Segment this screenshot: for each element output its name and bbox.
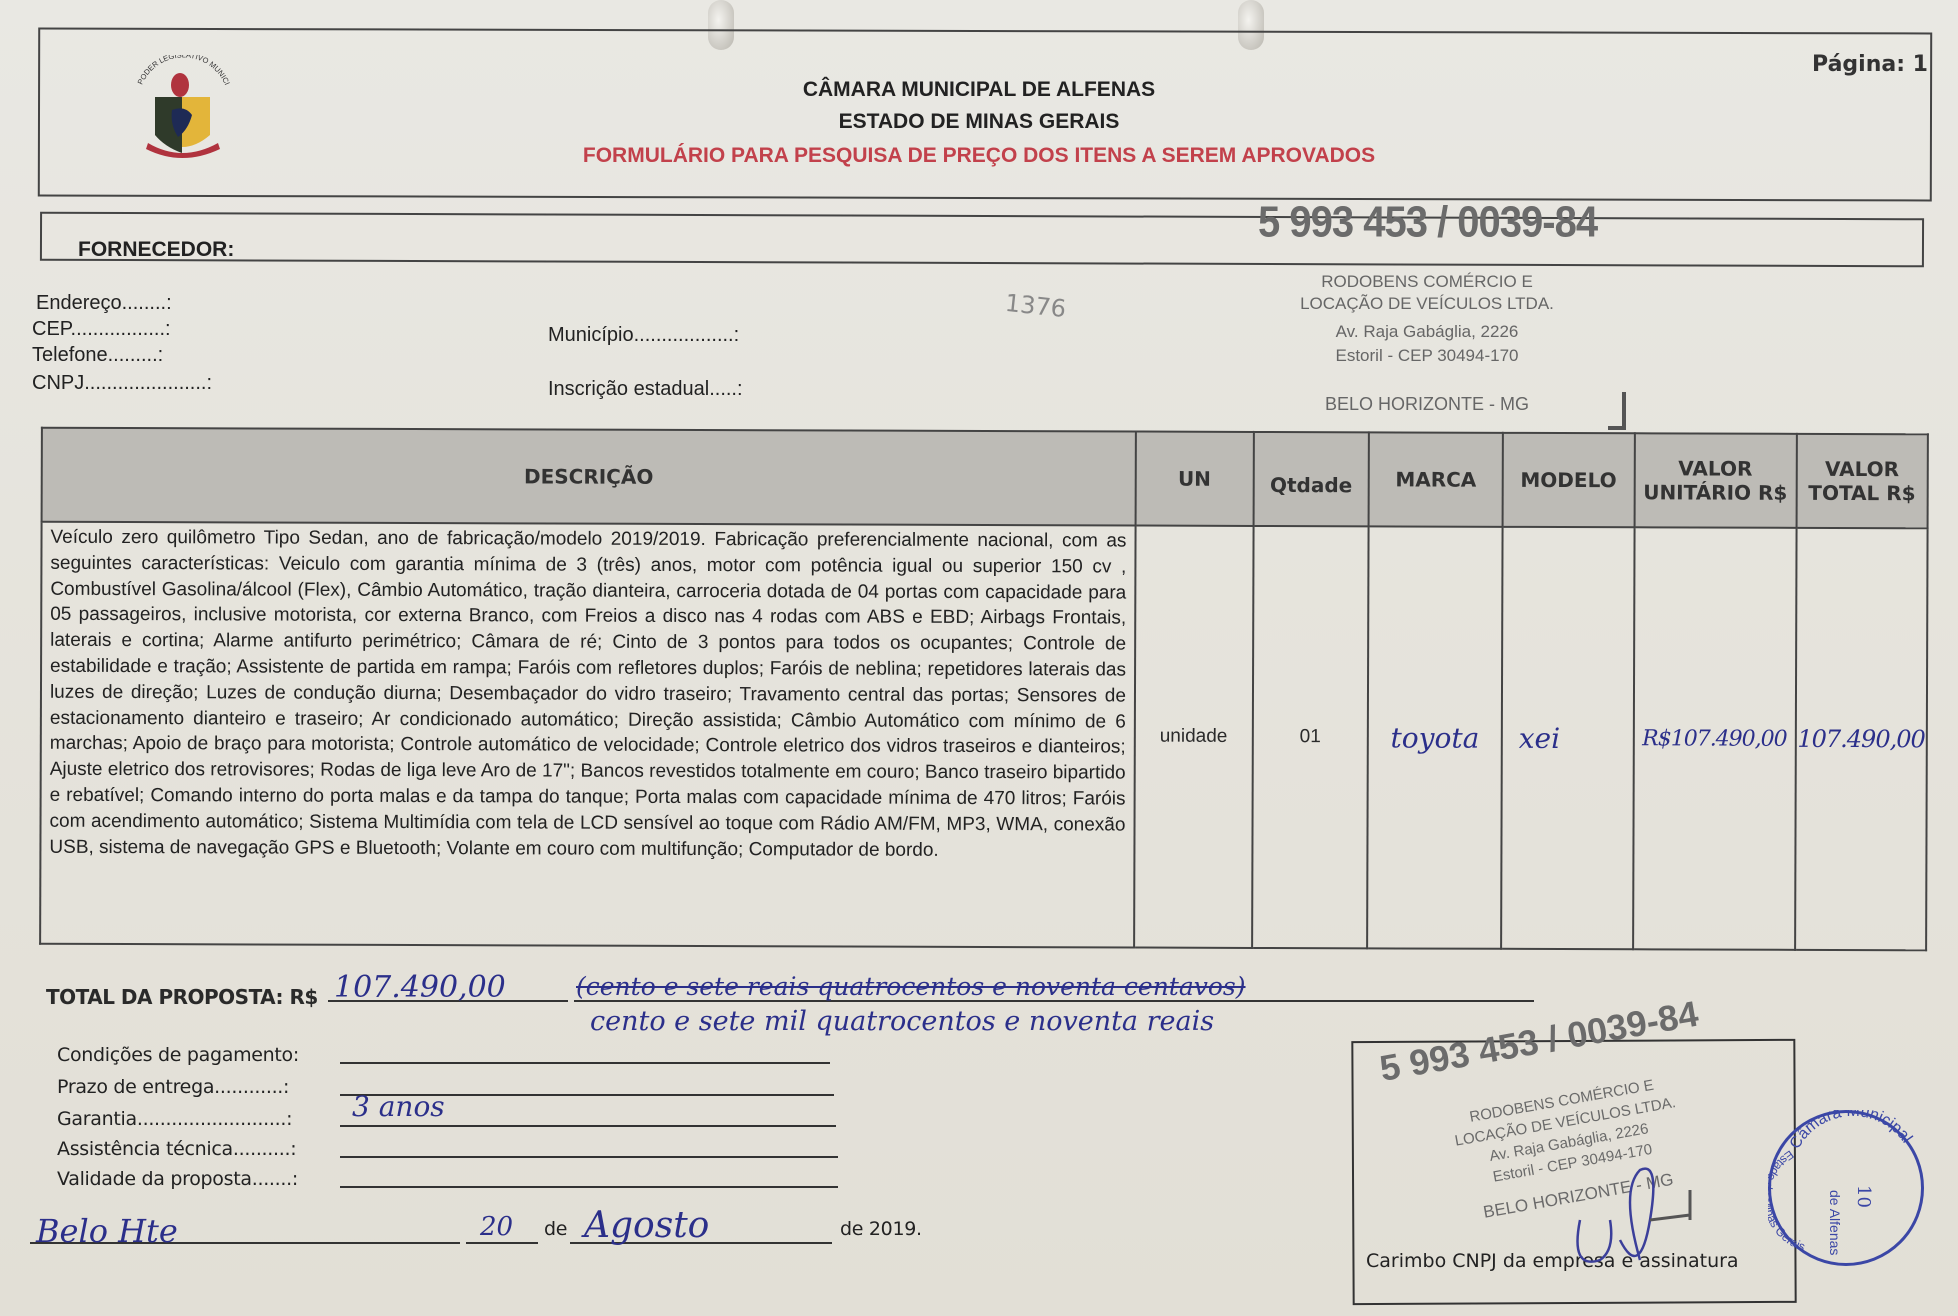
- municipality-field[interactable]: Município..................:: [548, 324, 739, 347]
- date-day[interactable]: 20: [480, 1212, 513, 1242]
- item-qty: 01: [1252, 526, 1369, 948]
- warranty-label: Garantia..........................:: [57, 1108, 292, 1130]
- table-row: Veículo zero quilômetro Tipo Sedan, ano …: [40, 522, 1927, 951]
- warranty-value[interactable]: 3 anos: [352, 1090, 445, 1123]
- form-title: FORMULÁRIO PARA PESQUISA DE PREÇO DOS IT…: [0, 144, 1958, 168]
- title-line-2: ESTADO DE MINAS GERAIS: [0, 110, 1958, 134]
- item-brand[interactable]: toyota: [1367, 526, 1502, 948]
- date-year: de 2019.: [840, 1218, 922, 1240]
- day-field[interactable]: [466, 1242, 538, 1244]
- title-line-1: CÂMARA MUNICIPAL DE ALFENAS: [0, 78, 1958, 102]
- item-model[interactable]: xei: [1501, 527, 1634, 949]
- svg-text:Estado de Minas Gerais: Estado de Minas Gerais: [1768, 1147, 1807, 1253]
- cnpj-stamp: 5 993 453 / 0039-84: [1258, 198, 1597, 248]
- item-unit-value[interactable]: R$107.490,00: [1633, 527, 1796, 950]
- signature[interactable]: [1560, 1150, 1700, 1285]
- total-label: TOTAL DA PROPOSTA: R$: [46, 985, 318, 1009]
- payment-terms-field[interactable]: [340, 1062, 830, 1064]
- validity-field[interactable]: [340, 1186, 838, 1188]
- tech-support-field[interactable]: [340, 1156, 838, 1158]
- payment-terms-label: Condições de pagamento:: [57, 1044, 299, 1066]
- address-field[interactable]: Endereço........:: [36, 292, 172, 315]
- phone-field[interactable]: Telefone.........:: [32, 344, 163, 367]
- cep-field[interactable]: CEP.................:: [32, 318, 171, 341]
- tech-support-label: Assistência técnica..........:: [57, 1138, 296, 1160]
- col-qty: Qtdade: [1253, 432, 1369, 526]
- stamp-corner-mark: [1608, 392, 1626, 430]
- svg-text:Câmara Municipal: Câmara Municipal: [1787, 1110, 1916, 1152]
- stamp-company-line1: RODOBENS COMÉRCIO E: [1262, 272, 1592, 292]
- amount-words-struck: (cento e sete reais quatrocentos e noven…: [576, 972, 1246, 1001]
- col-unit: UN: [1136, 432, 1254, 526]
- col-total-value: VALOR TOTAL R$: [1796, 434, 1928, 528]
- col-model: MODELO: [1502, 433, 1634, 527]
- date-city[interactable]: Belo Hte: [36, 1212, 178, 1250]
- date-de-label: de: [544, 1218, 567, 1240]
- col-brand: MARCA: [1369, 432, 1503, 526]
- warranty-field[interactable]: [340, 1125, 836, 1127]
- item-description: Veículo zero quilômetro Tipo Sedan, ano …: [40, 522, 1135, 948]
- handwritten-note: 1376: [1004, 289, 1068, 323]
- items-table: DESCRIÇÃO UN Qtdade MARCA MODELO VALOR U…: [39, 427, 1929, 952]
- supplier-label: FORNECEDOR:: [78, 238, 234, 262]
- chamber-round-stamp: Câmara Municipal Estado de Minas Gerais …: [1768, 1110, 1924, 1266]
- svg-text:de Alfenas: de Alfenas: [1827, 1190, 1843, 1255]
- supplier-box: [40, 212, 1924, 268]
- stamp-city: BELO HORIZONTE - MG: [1262, 394, 1592, 415]
- validity-label: Validade da proposta.......:: [57, 1168, 298, 1190]
- stamp-address: Av. Raja Gabáglia, 2226: [1262, 322, 1592, 342]
- stamp-district: Estoril - CEP 30494-170: [1262, 346, 1592, 366]
- amount-words[interactable]: cento e sete mil quatrocentos e noventa …: [590, 1006, 1214, 1037]
- stamp-company-line2: LOCAÇÃO DE VEÍCULOS LTDA.: [1262, 294, 1592, 314]
- item-total-value[interactable]: 107.490,00: [1795, 528, 1928, 950]
- state-registration-field[interactable]: Inscrição estadual.....:: [548, 378, 743, 401]
- item-unit: unidade: [1134, 526, 1253, 948]
- total-value[interactable]: 107.490,00: [334, 970, 506, 1005]
- page-number: Página: 1: [1812, 52, 1928, 77]
- cnpj-field[interactable]: CNPJ......................:: [32, 372, 212, 395]
- col-unit-value: VALOR UNITÁRIO R$: [1634, 433, 1796, 528]
- date-month[interactable]: Agosto: [584, 1205, 709, 1246]
- delivery-time-label: Prazo de entrega............:: [57, 1076, 289, 1098]
- col-description: DESCRIÇÃO: [42, 428, 1136, 526]
- svg-text:10: 10: [1853, 1185, 1874, 1208]
